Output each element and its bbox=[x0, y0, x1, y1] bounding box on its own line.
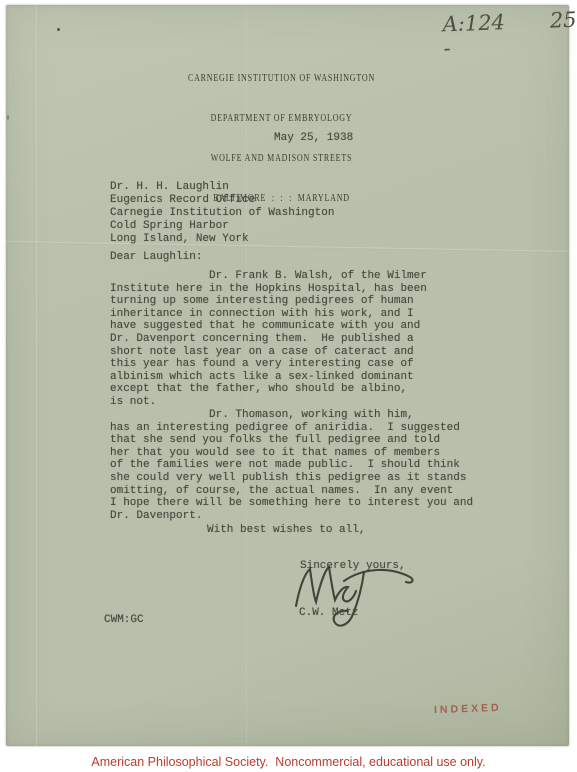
paper-speck bbox=[57, 28, 60, 31]
text-line: have suggested that he communicate with … bbox=[110, 320, 427, 333]
text-line: is not. bbox=[110, 396, 427, 409]
letterhead-street: WOLFE AND MADISON STREETS bbox=[56, 152, 506, 165]
text-line: has an interesting pedigree of aniridia.… bbox=[110, 422, 473, 435]
text-line: Dr. Davenport concerning them. He publis… bbox=[110, 333, 427, 346]
text-line: Carnegie Institution of Washington bbox=[110, 207, 334, 220]
recipient-address: Dr. H. H. LaughlinEugenics Record Office… bbox=[110, 181, 334, 246]
text-line: except that the father, who should be al… bbox=[110, 383, 427, 396]
typist-initials: CWM:GC bbox=[104, 614, 144, 627]
salutation: Dear Laughlin: bbox=[110, 251, 202, 264]
archive-page-number: 25 bbox=[549, 8, 577, 57]
fold-crease bbox=[36, 5, 38, 746]
indexed-stamp: INDEXED bbox=[434, 702, 502, 716]
handwritten-signature bbox=[288, 560, 416, 634]
text-line: this year has found a very interesting c… bbox=[110, 358, 427, 371]
text-line: omitting, of course, the actual names. I… bbox=[110, 485, 473, 498]
text-line: short note last year on a case of catera… bbox=[110, 346, 427, 359]
signed-name: C.W. Metz bbox=[299, 607, 358, 620]
text-line: Cold Spring Harbor bbox=[110, 220, 334, 233]
text-line: inheritance in connection with his work,… bbox=[110, 308, 427, 321]
text-line: Dr. Frank B. Walsh, of the Wilmer bbox=[110, 270, 427, 283]
letterhead-organization: CARNEGIE INSTITUTION OF WASHINGTON bbox=[56, 72, 506, 85]
text-line: albinism which acts like a sex-linked do… bbox=[110, 371, 427, 384]
body-paragraph-1: Dr. Frank B. Walsh, of the WilmerInstitu… bbox=[110, 270, 427, 409]
text-line: Long Island, New York bbox=[110, 233, 334, 246]
body-paragraph-2: Dr. Thomason, working with him,has an in… bbox=[110, 409, 473, 522]
text-line: Dr. H. H. Laughlin bbox=[110, 181, 334, 194]
text-line: she could very well publish this pedigre… bbox=[110, 472, 473, 485]
text-line: turning up some interesting pedigrees of… bbox=[110, 295, 427, 308]
date-line: May 25, 1938 bbox=[274, 132, 353, 145]
paper-speck bbox=[7, 115, 9, 120]
text-line: Eugenics Record Office bbox=[110, 194, 334, 207]
text-line: Institute here in the Hopkins Hospital, … bbox=[110, 283, 427, 296]
text-line: that she send you folks the full pedigre… bbox=[110, 434, 473, 447]
letterhead-department: DEPARTMENT OF EMBRYOLOGY bbox=[56, 112, 506, 125]
text-line: Dr. Thomason, working with him, bbox=[110, 409, 473, 422]
text-line: I hope there will be something here to i… bbox=[110, 497, 473, 510]
closing-line: With best wishes to all, bbox=[207, 524, 365, 537]
text-line: of the families were not made public. I … bbox=[110, 459, 473, 472]
text-line: Dr. Davenport. bbox=[110, 510, 473, 523]
text-line: her that you would see to it that names … bbox=[110, 447, 473, 460]
footer-caption: American Philosophical Society. Noncomme… bbox=[0, 755, 577, 769]
